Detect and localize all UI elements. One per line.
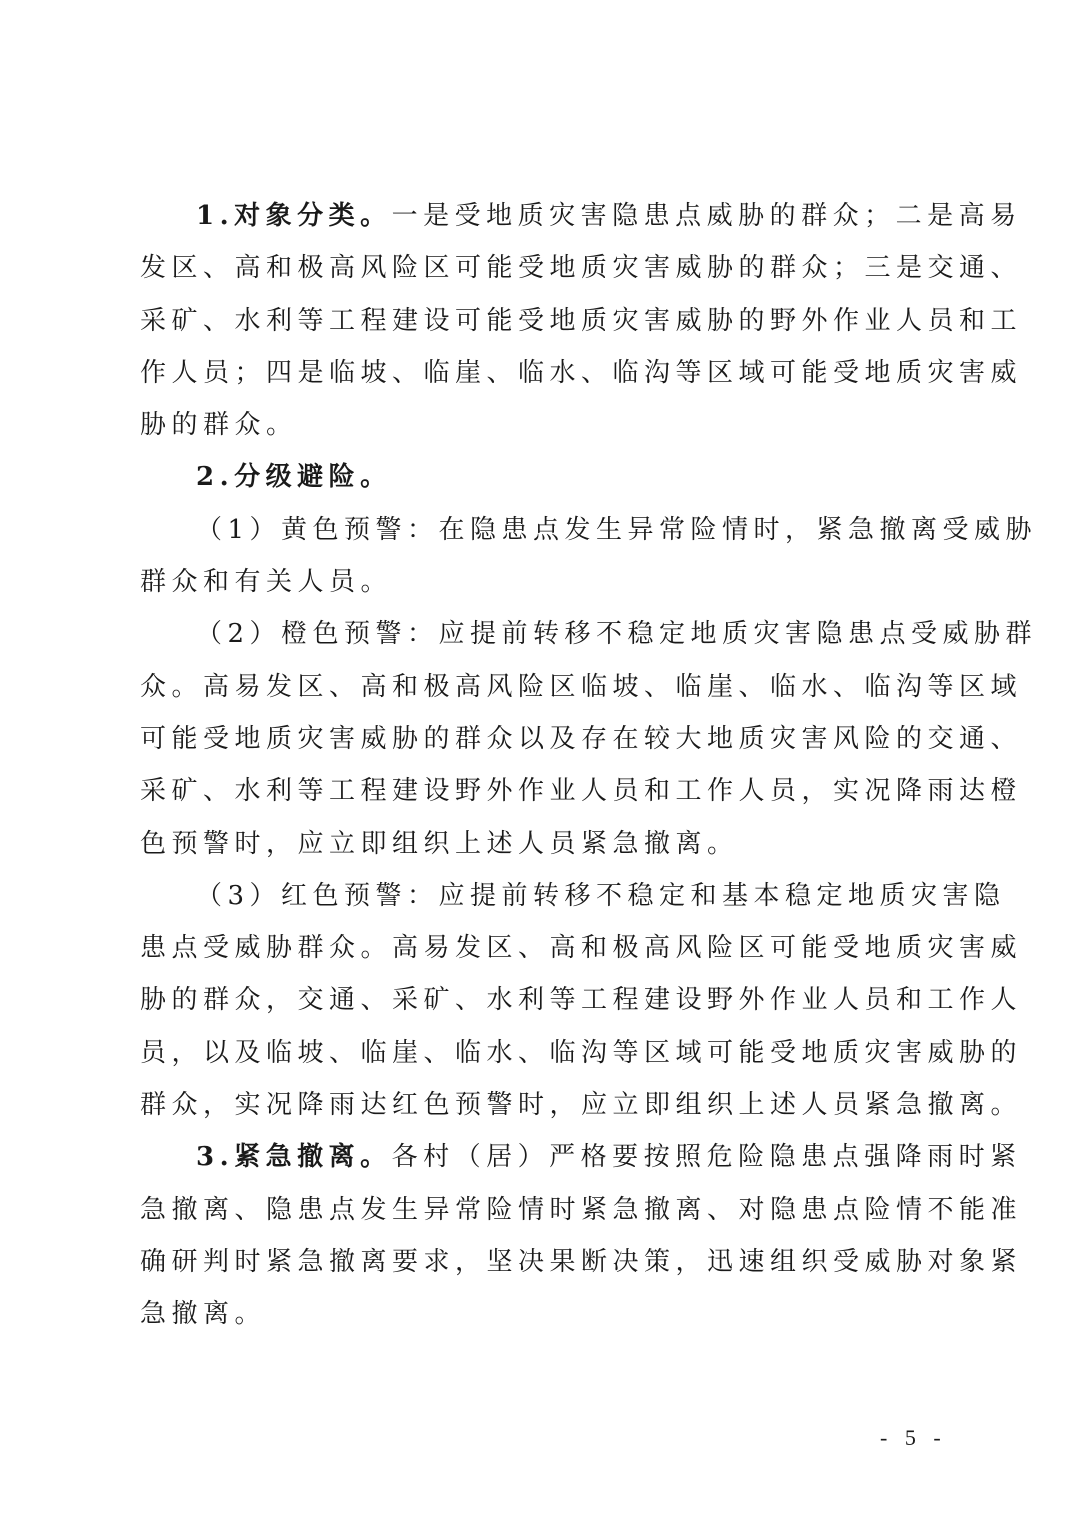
paragraph-line: 员，以及临坡、临崖、临水、临沟等区域可能受地质灾害威胁的 [140,1027,940,1079]
paragraph-line: 急撤离、隐患点发生异常险情时紧急撤离、对隐患点险情不能准 [140,1184,940,1236]
paragraph-line: 3.紧急撤离。各村（居）严格要按照危险隐患点强降雨时紧 [140,1131,940,1183]
paragraph-line: 胁的群众，交通、采矿、水利等工程建设野外作业人员和工作人 [140,974,940,1026]
paragraph-line: 发区、高和极高风险区可能受地质灾害威胁的群众；三是交通、 [140,242,940,294]
paragraph-line: 胁的群众。 [140,399,940,451]
paragraph-line: （1）黄色预警：在隐患点发生异常险情时，紧急撤离受威胁 [140,504,940,556]
paragraph-line: 采矿、水利等工程建设野外作业人员和工作人员，实况降雨达橙 [140,765,940,817]
paragraph-line: （3）红色预警：应提前转移不稳定和基本稳定地质灾害隐 [140,870,940,922]
paragraph-line: 作人员；四是临坡、临崖、临水、临沟等区域可能受地质灾害威 [140,347,940,399]
paragraph-line: 采矿、水利等工程建设可能受地质灾害威胁的野外作业人员和工 [140,295,940,347]
paragraph-line: 群众和有关人员。 [140,556,940,608]
paragraph-line: 色预警时，应立即组织上述人员紧急撤离。 [140,818,940,870]
paragraph-line: 急撤离。 [140,1288,940,1340]
page-number: - 5 - [880,1425,947,1451]
paragraph-line: 患点受威胁群众。高易发区、高和极高风险区可能受地质灾害威 [140,922,940,974]
section-heading: 3.紧急撤离。 [196,1142,392,1172]
paragraph-line: （2）橙色预警：应提前转移不稳定地质灾害隐患点受威胁群 [140,608,940,660]
paragraph-line: 众。高易发区、高和极高风险区临坡、临崖、临水、临沟等区域 [140,661,940,713]
document-page: 1.对象分类。一是受地质灾害隐患点威胁的群众；二是高易 发区、高和极高风险区可能… [140,190,940,1341]
paragraph-line: 可能受地质灾害威胁的群众以及存在较大地质灾害风险的交通、 [140,713,940,765]
paragraph-line: 群众，实况降雨达红色预警时，应立即组织上述人员紧急撤离。 [140,1079,940,1131]
section-heading: 2.分级避险。 [140,451,940,503]
section-heading: 1.对象分类。 [196,201,392,231]
paragraph-line: 确研判时紧急撤离要求，坚决果断决策，迅速组织受威胁对象紧 [140,1236,940,1288]
paragraph-line: 1.对象分类。一是受地质灾害隐患点威胁的群众；二是高易 [140,190,940,242]
